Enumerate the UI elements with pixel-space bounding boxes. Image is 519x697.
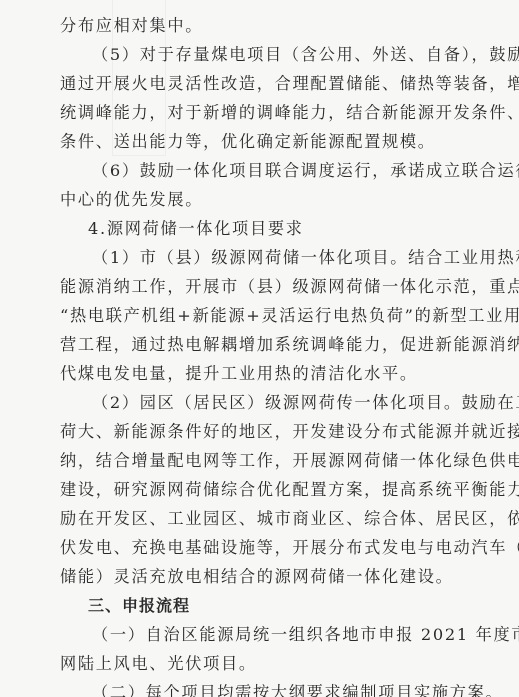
text-line: 分布应相对集中。 [60, 16, 493, 36]
text-line: （6）鼓励一体化项目联合调度运行，承诺成立联合运行调度 [92, 161, 493, 181]
subsection-heading: 4.源网荷储一体化项目要求 [88, 219, 493, 239]
text-line: 纳，结合增量配电网等工作，开展源网荷储一体化绿色供电园区 [60, 451, 493, 471]
text-line: （二）每个项目均需按大纲要求编制项目实施方案。 [92, 683, 493, 697]
text-line: “热电联产机组+新能源+灵活运行电热负荷”的新型工业用热运 [60, 306, 493, 326]
text-line: 建设，研究源网荷储综合优化配置方案，提高系统平衡能力。鼓 [60, 480, 493, 500]
text-line: 营工程，通过热电解耦增加系统调峰能力，促进新能源消纳，替 [60, 335, 493, 355]
text-line: 中心的优先发展。 [60, 190, 493, 210]
text-line: 能源消纳工作，开展市（县）级源网荷储一体化示范，重点开展 [60, 277, 493, 297]
text-line: 励在开发区、工业园区、城市商业区、综合体、居民区，依托光 [60, 509, 493, 529]
text-line: （5）对于存量煤电项目（含公用、外送、自备），鼓励优先 [92, 45, 493, 65]
section-heading: 三、申报流程 [88, 596, 493, 616]
text-line: （2）园区（居民区）级源网荷传一体化项目。鼓励在工业负 [92, 393, 493, 413]
text-line: （一）自治区能源局统一组织各地市申报 2021 年度市场化并 [92, 625, 493, 645]
text-line: （1）市（县）级源网荷储一体化项目。结合工业用热和清洁 [92, 248, 493, 268]
text-line: 伏发电、充换电基础设施等，开展分布式发电与电动汽车（用户 [60, 538, 493, 558]
text-line: 统调峰能力，对于新增的调峰能力，结合新能源开发条件、汇集 [60, 103, 493, 123]
text-line: 储能）灵活充放电相结合的源网荷储一体化建设。 [60, 567, 493, 587]
text-line: 条件、送出能力等，优化确定新能源配置规模。 [60, 132, 493, 152]
text-line: 通过开展火电灵活性改造，合理配置储能、储热等装备，增加系 [60, 74, 493, 94]
text-line: 网陆上风电、光伏项目。 [60, 654, 493, 674]
text-line: 荷大、新能源条件好的地区，开发建设分布式能源并就近接入消 [60, 422, 493, 442]
document-page: 分布应相对集中。（5）对于存量煤电项目（含公用、外送、自备），鼓励优先通过开展火… [0, 0, 519, 697]
text-line: 代煤电发电量，提升工业用热的清洁化水平。 [60, 364, 493, 384]
